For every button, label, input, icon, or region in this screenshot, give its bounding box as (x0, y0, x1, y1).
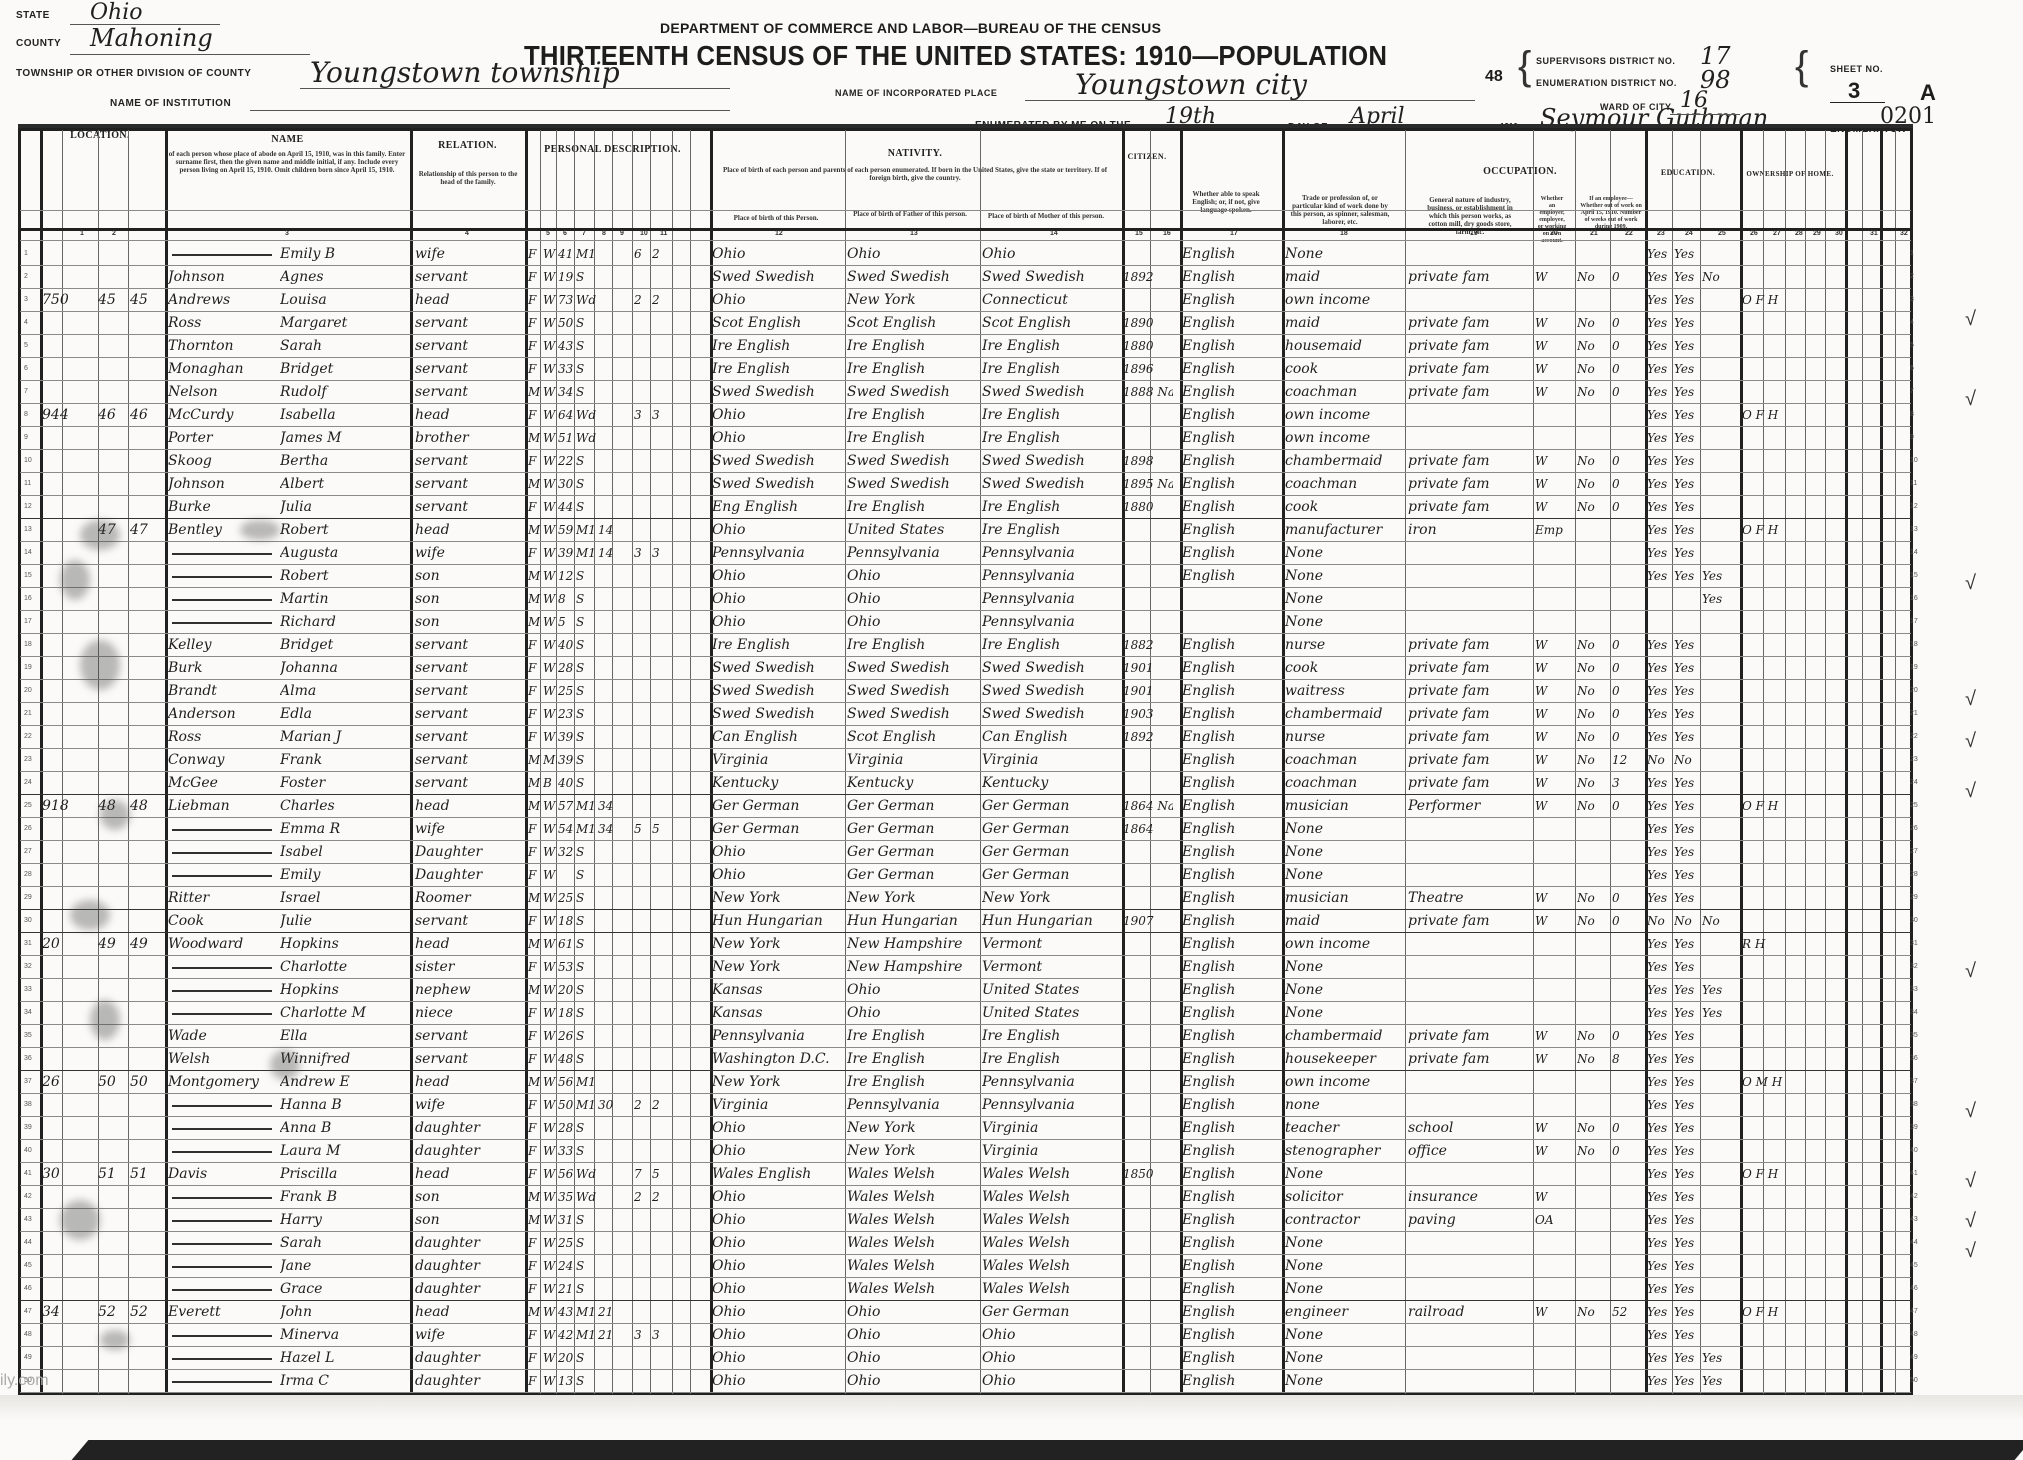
cell-school: No (1702, 909, 1738, 933)
column-rule (980, 130, 981, 1394)
line-number: 49 (24, 1354, 32, 1361)
cell-birth-self: Ohio (712, 1116, 844, 1140)
line-number: 35 (1910, 1032, 1918, 1039)
cell-emp: W (1535, 495, 1573, 519)
cell-read: Yes (1647, 932, 1673, 956)
cell-birth-mother: Swed Swedish (982, 679, 1120, 703)
cell-family: 45 (130, 288, 164, 312)
cell-birth-father: Ire English (847, 403, 979, 427)
cell-relation: servant (415, 656, 523, 680)
sheet-label: Sheet No. (1830, 64, 1883, 74)
cell-industry: private fam (1408, 633, 1532, 657)
cell-race: W (543, 541, 557, 565)
cell-given: Rudolf (280, 380, 408, 404)
cell-birth-self: Ohio (712, 1254, 844, 1278)
cell-relation: servant (415, 702, 523, 726)
cell-relation: head (415, 1070, 523, 1094)
cell-relation: daughter (415, 1231, 523, 1255)
cell-race: W (543, 1162, 557, 1186)
cell-birth-self: Ger German (712, 794, 844, 818)
cell-read: Yes (1647, 840, 1673, 864)
cell-oow: No (1577, 1300, 1609, 1324)
cell-sex: M (528, 794, 542, 818)
cell-race: W (543, 1231, 557, 1255)
line-number: 46 (24, 1285, 32, 1292)
column-number: 4 (465, 230, 469, 237)
line-number: 49 (1910, 1354, 1918, 1361)
cell-oow: No (1577, 334, 1609, 358)
cell-street: 750 (42, 288, 98, 312)
cell-lang: English (1182, 311, 1280, 335)
cell-read: Yes (1647, 541, 1673, 565)
cell-marital: S (576, 587, 596, 611)
cell-given: Frank (280, 748, 408, 772)
cell-industry: railroad (1408, 1300, 1532, 1324)
cell-given: Sarah (280, 1231, 408, 1255)
cell-emp: W (1535, 656, 1573, 680)
cell-industry: private fam (1408, 1024, 1532, 1048)
cell-given: Frank B (280, 1185, 408, 1209)
cell-race: W (543, 610, 557, 634)
cell-trade: None (1285, 1001, 1403, 1025)
cell-read: Yes (1647, 1070, 1673, 1094)
cell-surname: Woodward (168, 932, 278, 956)
cell-birth-self: Ohio (712, 1139, 844, 1163)
column-number: 32 (1900, 230, 1908, 237)
cell-lang: English (1182, 1369, 1280, 1393)
line-number: 45 (1910, 1262, 1918, 1269)
cell-read: Yes (1647, 1139, 1673, 1163)
cell-birth-father: Scot English (847, 311, 979, 335)
column-number: 6 (563, 230, 567, 237)
cell-surname: Johnson (168, 265, 278, 289)
cell-birth-father: Pennsylvania (847, 541, 979, 565)
cell-lang: English (1182, 564, 1280, 588)
cell-given: Charles (280, 794, 408, 818)
ditto-dash (172, 829, 272, 831)
cell-relation: son (415, 587, 523, 611)
cell-birth-self: Ohio (712, 403, 844, 427)
cell-trade: engineer (1285, 1300, 1403, 1324)
cell-surname: Liebman (168, 794, 278, 818)
cell-birth-mother: Vermont (982, 955, 1120, 979)
cell-given: Anna B (280, 1116, 408, 1140)
cell-write: Yes (1674, 886, 1700, 910)
cell-birth-self: Ohio (712, 863, 844, 887)
cell-school: Yes (1702, 564, 1738, 588)
cell-surname: Ross (168, 725, 278, 749)
cell-given: Jane (280, 1254, 408, 1278)
cell-trade: stenographer (1285, 1139, 1403, 1163)
cell-weeks: 0 (1612, 633, 1644, 657)
cell-birth-mother: Ire English (982, 357, 1120, 381)
cell-lang: English (1182, 1254, 1280, 1278)
department-heading: DEPARTMENT OF COMMERCE AND LABOR—BUREAU … (660, 20, 1161, 36)
cell-birth-self: Swed Swedish (712, 449, 844, 473)
cell-years-married: 21 (598, 1300, 614, 1324)
cell-marital: S (576, 955, 596, 979)
cell-sex: F (528, 840, 542, 864)
ink-smudge (70, 900, 110, 930)
cell-lang: English (1182, 472, 1280, 496)
cell-trade: None (1285, 1369, 1403, 1393)
cell-school: Yes (1702, 978, 1738, 1002)
cell-relation: servant (415, 357, 523, 381)
column-number: 19 (1470, 230, 1478, 237)
column-number: 10 (640, 230, 648, 237)
column-number: 16 (1163, 230, 1171, 237)
check-mark-icon: √ (1965, 572, 1976, 595)
column-rule (1763, 130, 1764, 1394)
cell-given: Agnes (280, 265, 408, 289)
cell-industry: private fam (1408, 357, 1532, 381)
cell-lang: English (1182, 1047, 1280, 1071)
cell-lang: English (1182, 1139, 1280, 1163)
township-label: Township or other division of county (16, 68, 251, 79)
cell-write: Yes (1674, 725, 1700, 749)
cell-write: Yes (1674, 863, 1700, 887)
cell-street: 30 (42, 1162, 98, 1186)
cell-birth-father: Swed Swedish (847, 380, 979, 404)
cell-relation: daughter (415, 1116, 523, 1140)
cell-industry: private fam (1408, 472, 1532, 496)
line-number: 32 (1910, 963, 1918, 970)
cell-surname: Ritter (168, 886, 278, 910)
cell-write: No (1674, 909, 1700, 933)
ditto-dash (172, 990, 272, 992)
cell-birth-mother: Ire English (982, 334, 1120, 358)
ink-smudge (240, 520, 280, 540)
cell-surname: Brandt (168, 679, 278, 703)
cell-birth-father: Ohio (847, 587, 979, 611)
cell-sex: M (528, 978, 542, 1002)
cell-children-born: 6 (634, 242, 650, 266)
relation-instructions: Relationship of this person to the head … (414, 170, 522, 186)
cell-relation: servant (415, 771, 523, 795)
cell-school: Yes (1702, 1369, 1738, 1393)
ditto-dash (172, 622, 272, 624)
line-number: 21 (24, 710, 32, 717)
header-rule (20, 210, 1911, 211)
cell-weeks: 0 (1612, 1139, 1644, 1163)
cell-lang: English (1182, 541, 1280, 565)
cell-relation: servant (415, 334, 523, 358)
check-mark-icon: √ (1965, 388, 1976, 411)
cell-lang: English (1182, 1162, 1280, 1186)
cell-sex: F (528, 311, 542, 335)
line-number: 47 (1910, 1308, 1918, 1315)
cell-read: Yes (1647, 1162, 1673, 1186)
cell-age: 51 (558, 426, 576, 450)
cell-weeks: 3 (1612, 771, 1644, 795)
cell-race: W (543, 1047, 557, 1071)
cell-lang: English (1182, 909, 1280, 933)
cell-relation: head (415, 1300, 523, 1324)
cell-birth-mother: Can English (982, 725, 1120, 749)
line-number: 34 (24, 1009, 32, 1016)
cell-lang: English (1182, 817, 1280, 841)
cell-birth-father: Ire English (847, 334, 979, 358)
cell-given: Emma R (280, 817, 408, 841)
cell-write: Yes (1674, 495, 1700, 519)
group-citizenship: Citizen. (1122, 152, 1172, 161)
line-number: 36 (24, 1055, 32, 1062)
ditto-dash (172, 1243, 272, 1245)
cell-marital: S (576, 1346, 596, 1370)
cell-oow: No (1577, 1139, 1609, 1163)
cell-industry: private fam (1408, 449, 1532, 473)
cell-birth-self: Eng English (712, 495, 844, 519)
group-nativity: Nativity. (710, 148, 1120, 159)
cell-given: Hanna B (280, 1093, 408, 1117)
cell-birth-self: New York (712, 955, 844, 979)
cell-surname: Wade (168, 1024, 278, 1048)
cell-children-living: 5 (652, 1162, 670, 1186)
cell-marital: S (576, 771, 596, 795)
cell-emp: W (1535, 380, 1573, 404)
cell-industry: private fam (1408, 656, 1532, 680)
cell-age: 61 (558, 932, 576, 956)
cell-family: 51 (130, 1162, 164, 1186)
cell-birth-self: Ohio (712, 1277, 844, 1301)
cell-write: Yes (1674, 1300, 1700, 1324)
cell-read: Yes (1647, 472, 1673, 496)
cell-oow: No (1577, 1024, 1609, 1048)
cell-age: 35 (558, 1185, 576, 1209)
cell-trade: maid (1285, 265, 1403, 289)
cell-lang: English (1182, 932, 1280, 956)
cell-marital: S (576, 886, 596, 910)
cell-street: 26 (42, 1070, 98, 1094)
cell-birth-mother: Swed Swedish (982, 472, 1120, 496)
cell-given: Emily (280, 863, 408, 887)
cell-marital: S (576, 1369, 596, 1393)
cell-relation: head (415, 932, 523, 956)
cell-given: Louisa (280, 288, 408, 312)
column-number: 28 (1795, 230, 1803, 237)
cell-industry: private fam (1408, 1047, 1532, 1071)
cell-birth-self: Ohio (712, 1231, 844, 1255)
cell-birth-father: Ohio (847, 978, 979, 1002)
cell-lang: English (1182, 449, 1280, 473)
cell-given: Ella (280, 1024, 408, 1048)
census-sheet: State Ohio County Mahoning Township or o… (0, 0, 2023, 1460)
cell-sex: F (528, 449, 542, 473)
cell-birth-father: Ger German (847, 863, 979, 887)
cell-sex: F (528, 242, 542, 266)
cell-birth-father: Ire English (847, 495, 979, 519)
line-number: 6 (1910, 365, 1914, 372)
line-number: 29 (1910, 894, 1918, 901)
cell-own: O F H (1742, 288, 1842, 312)
cell-lang: English (1182, 1208, 1280, 1232)
cell-own: O F H (1742, 794, 1842, 818)
ditto-dash (172, 1197, 272, 1199)
cell-immig: 1864 Na (1123, 794, 1173, 818)
cell-age: 33 (558, 1139, 576, 1163)
cell-lang: English (1182, 518, 1280, 542)
cell-sex: F (528, 955, 542, 979)
cell-birth-self: Ohio (712, 288, 844, 312)
column-rule (62, 130, 63, 1394)
cell-race: W (543, 656, 557, 680)
line-number: 13 (24, 526, 32, 533)
cell-read: No (1647, 909, 1673, 933)
cell-birth-mother: New York (982, 886, 1120, 910)
cell-write: Yes (1674, 334, 1700, 358)
cell-relation: servant (415, 748, 523, 772)
cell-industry: private fam (1408, 265, 1532, 289)
column-number: 31 (1870, 230, 1878, 237)
cell-read: Yes (1647, 1231, 1673, 1255)
cell-children-born: 2 (634, 1093, 650, 1117)
cell-age: 73 (558, 288, 576, 312)
group-relation: Relation. (410, 140, 525, 151)
cell-birth-father: Wales Welsh (847, 1254, 979, 1278)
line-number: 19 (24, 664, 32, 671)
line-number: 27 (24, 848, 32, 855)
cell-lang: English (1182, 1323, 1280, 1347)
line-number: 42 (24, 1193, 32, 1200)
cell-sex: F (528, 1093, 542, 1117)
cell-relation: son (415, 564, 523, 588)
column-rule (845, 130, 846, 1394)
cell-sex: F (528, 656, 542, 680)
ink-smudge (100, 1330, 130, 1350)
cell-marital: S (576, 679, 596, 703)
line-number: 31 (1910, 940, 1918, 947)
cell-marital: S (576, 1208, 596, 1232)
cell-race: W (543, 334, 557, 358)
line-number: 20 (24, 687, 32, 694)
cell-marital: M1 (576, 1093, 596, 1117)
header-rule (20, 240, 1911, 241)
cell-surname: Porter (168, 426, 278, 450)
cell-surname: Nelson (168, 380, 278, 404)
cell-race: W (543, 518, 557, 542)
cell-read: Yes (1647, 886, 1673, 910)
cell-given: Grace (280, 1277, 408, 1301)
cell-own: O F H (1742, 1300, 1842, 1324)
line-number: 22 (24, 733, 32, 740)
cell-marital: M1 (576, 518, 596, 542)
line-number: 8 (24, 411, 28, 418)
cell-race: W (543, 1369, 557, 1393)
cell-children-living: 3 (652, 541, 670, 565)
cell-read: Yes (1647, 1323, 1673, 1347)
cell-marital: S (576, 1277, 596, 1301)
cell-birth-mother: Swed Swedish (982, 265, 1120, 289)
line-number: 18 (1910, 641, 1918, 648)
cell-surname: Everett (168, 1300, 278, 1324)
cell-read: Yes (1647, 495, 1673, 519)
group-name: Name (165, 134, 410, 145)
column-number: 24 (1685, 230, 1693, 237)
cell-relation: Daughter (415, 840, 523, 864)
cell-age: 56 (558, 1162, 576, 1186)
cell-birth-mother: Virginia (982, 1116, 1120, 1140)
cell-weeks: 0 (1612, 886, 1644, 910)
check-mark-icon: √ (1965, 780, 1976, 803)
cell-family: 52 (130, 1300, 164, 1324)
cell-marital: Wd (576, 288, 596, 312)
cell-given: Bridget (280, 633, 408, 657)
line-number: 40 (24, 1147, 32, 1154)
column-rule (1825, 130, 1826, 1394)
line-number: 36 (1910, 1055, 1918, 1062)
cell-read: Yes (1647, 725, 1673, 749)
cell-immig: 1892 (1123, 725, 1173, 749)
line-number: 35 (24, 1032, 32, 1039)
cell-birth-father: Swed Swedish (847, 702, 979, 726)
cell-read: Yes (1647, 679, 1673, 703)
cell-birth-father: New York (847, 1139, 979, 1163)
cell-birth-self: Ire English (712, 357, 844, 381)
column-rule (672, 130, 673, 1394)
cell-birth-father: Pennsylvania (847, 1093, 979, 1117)
cell-given: Albert (280, 472, 408, 496)
cell-surname: McGee (168, 771, 278, 795)
column-rule (1700, 130, 1701, 1394)
cell-birth-father: Wales Welsh (847, 1208, 979, 1232)
column-number: 27 (1773, 230, 1781, 237)
ink-smudge (60, 1200, 100, 1240)
cell-emp: W (1535, 886, 1573, 910)
cell-marital: S (576, 472, 596, 496)
column-rule (1845, 130, 1848, 1394)
line-number: 44 (1910, 1239, 1918, 1246)
cell-race: W (543, 426, 557, 450)
cell-oow: No (1577, 495, 1609, 519)
cell-birth-self: Wales English (712, 1162, 844, 1186)
cell-industry: office (1408, 1139, 1532, 1163)
cell-write: Yes (1674, 1001, 1700, 1025)
cell-birth-father: New York (847, 1116, 979, 1140)
cell-weeks: 0 (1612, 357, 1644, 381)
cell-race: W (543, 403, 557, 427)
cell-read: Yes (1647, 449, 1673, 473)
cell-write: No (1674, 748, 1700, 772)
cell-read: Yes (1647, 633, 1673, 657)
cell-write: Yes (1674, 518, 1700, 542)
cell-trade: None (1285, 817, 1403, 841)
cell-oow: No (1577, 311, 1609, 335)
cell-age: 43 (558, 334, 576, 358)
cell-marital: Wd (576, 1185, 596, 1209)
cell-marital: M1 (576, 242, 596, 266)
line-number: 2 (24, 273, 28, 280)
cell-trade: None (1285, 863, 1403, 887)
cell-sex: M (528, 932, 542, 956)
cell-age: 39 (558, 725, 576, 749)
cell-surname: Burk (168, 656, 278, 680)
cell-industry: private fam (1408, 725, 1532, 749)
cell-write: Yes (1674, 771, 1700, 795)
column-rule (128, 130, 129, 1394)
cell-own: R H (1742, 932, 1842, 956)
line-number: 25 (24, 802, 32, 809)
cell-relation: servant (415, 1024, 523, 1048)
cell-family: 50 (130, 1070, 164, 1094)
line-number: 5 (1910, 342, 1914, 349)
cell-birth-father: Ohio (847, 1323, 979, 1347)
cell-birth-self: Washington D.C. (712, 1047, 844, 1071)
cell-given: Bridget (280, 357, 408, 381)
cell-trade: own income (1285, 288, 1403, 312)
cell-emp: W (1535, 1185, 1573, 1209)
cell-write: Yes (1674, 702, 1700, 726)
cell-immig: 1907 (1123, 909, 1173, 933)
